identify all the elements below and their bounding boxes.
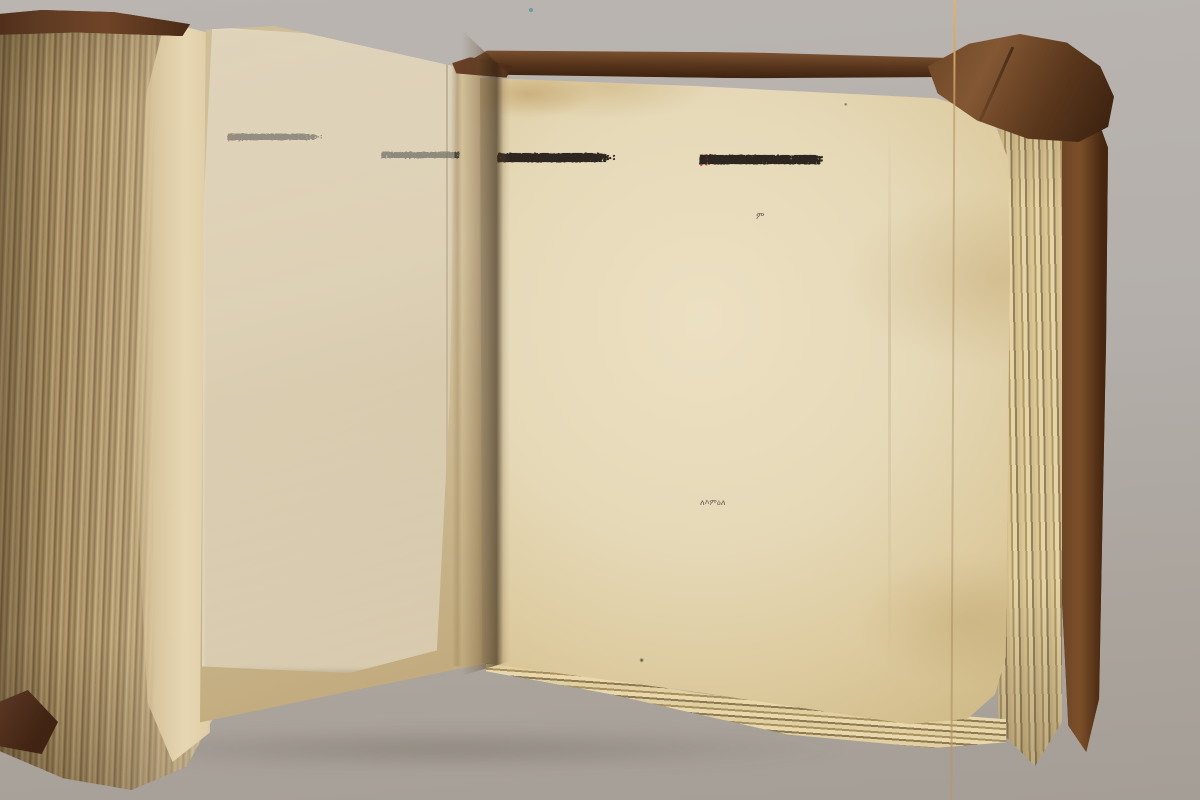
page-crease — [888, 120, 891, 680]
left-page: ፌር፡በኵሎ፡ምጽር+ወዘምሩ፡ለዕሙ፡ሀቡ፡እኵቲተ፡ለአብሐቲሁ፡ንጉሠ፳ኤ… — [200, 26, 486, 728]
interlinear-note: ለእምዕለ — [700, 498, 726, 508]
leather-cover-top-left — [0, 10, 190, 36]
photograph: ፌር፡በኵሎ፡ምጽር+ወዘምሩ፡ለዕሙ፡ሀቡ፡እኵቲተ፡ለአብሐቲሁ፡ንጉሠ፳ኤ… — [0, 0, 1200, 800]
dust-speck — [529, 8, 533, 12]
interlinear-note: ም — [756, 212, 764, 222]
tissue-guard-overlay — [202, 27, 456, 673]
text-segment: ምረቱ፡ለእዕይዎቱ፡ዓም — [699, 148, 818, 171]
leather-cover-top-edge — [472, 49, 964, 80]
gutter-shadow — [462, 26, 510, 732]
right-page: በነገረ፡ዕብራ፡ውያን፡ዘበልሳነ፡ፍጥረታ፡ለእሙ፡ከመ፡ዘኢየአምር፡ነገ… — [480, 60, 1010, 742]
text-segment: ው፡ዘይትሜነዩ፡መላ — [497, 147, 597, 170]
